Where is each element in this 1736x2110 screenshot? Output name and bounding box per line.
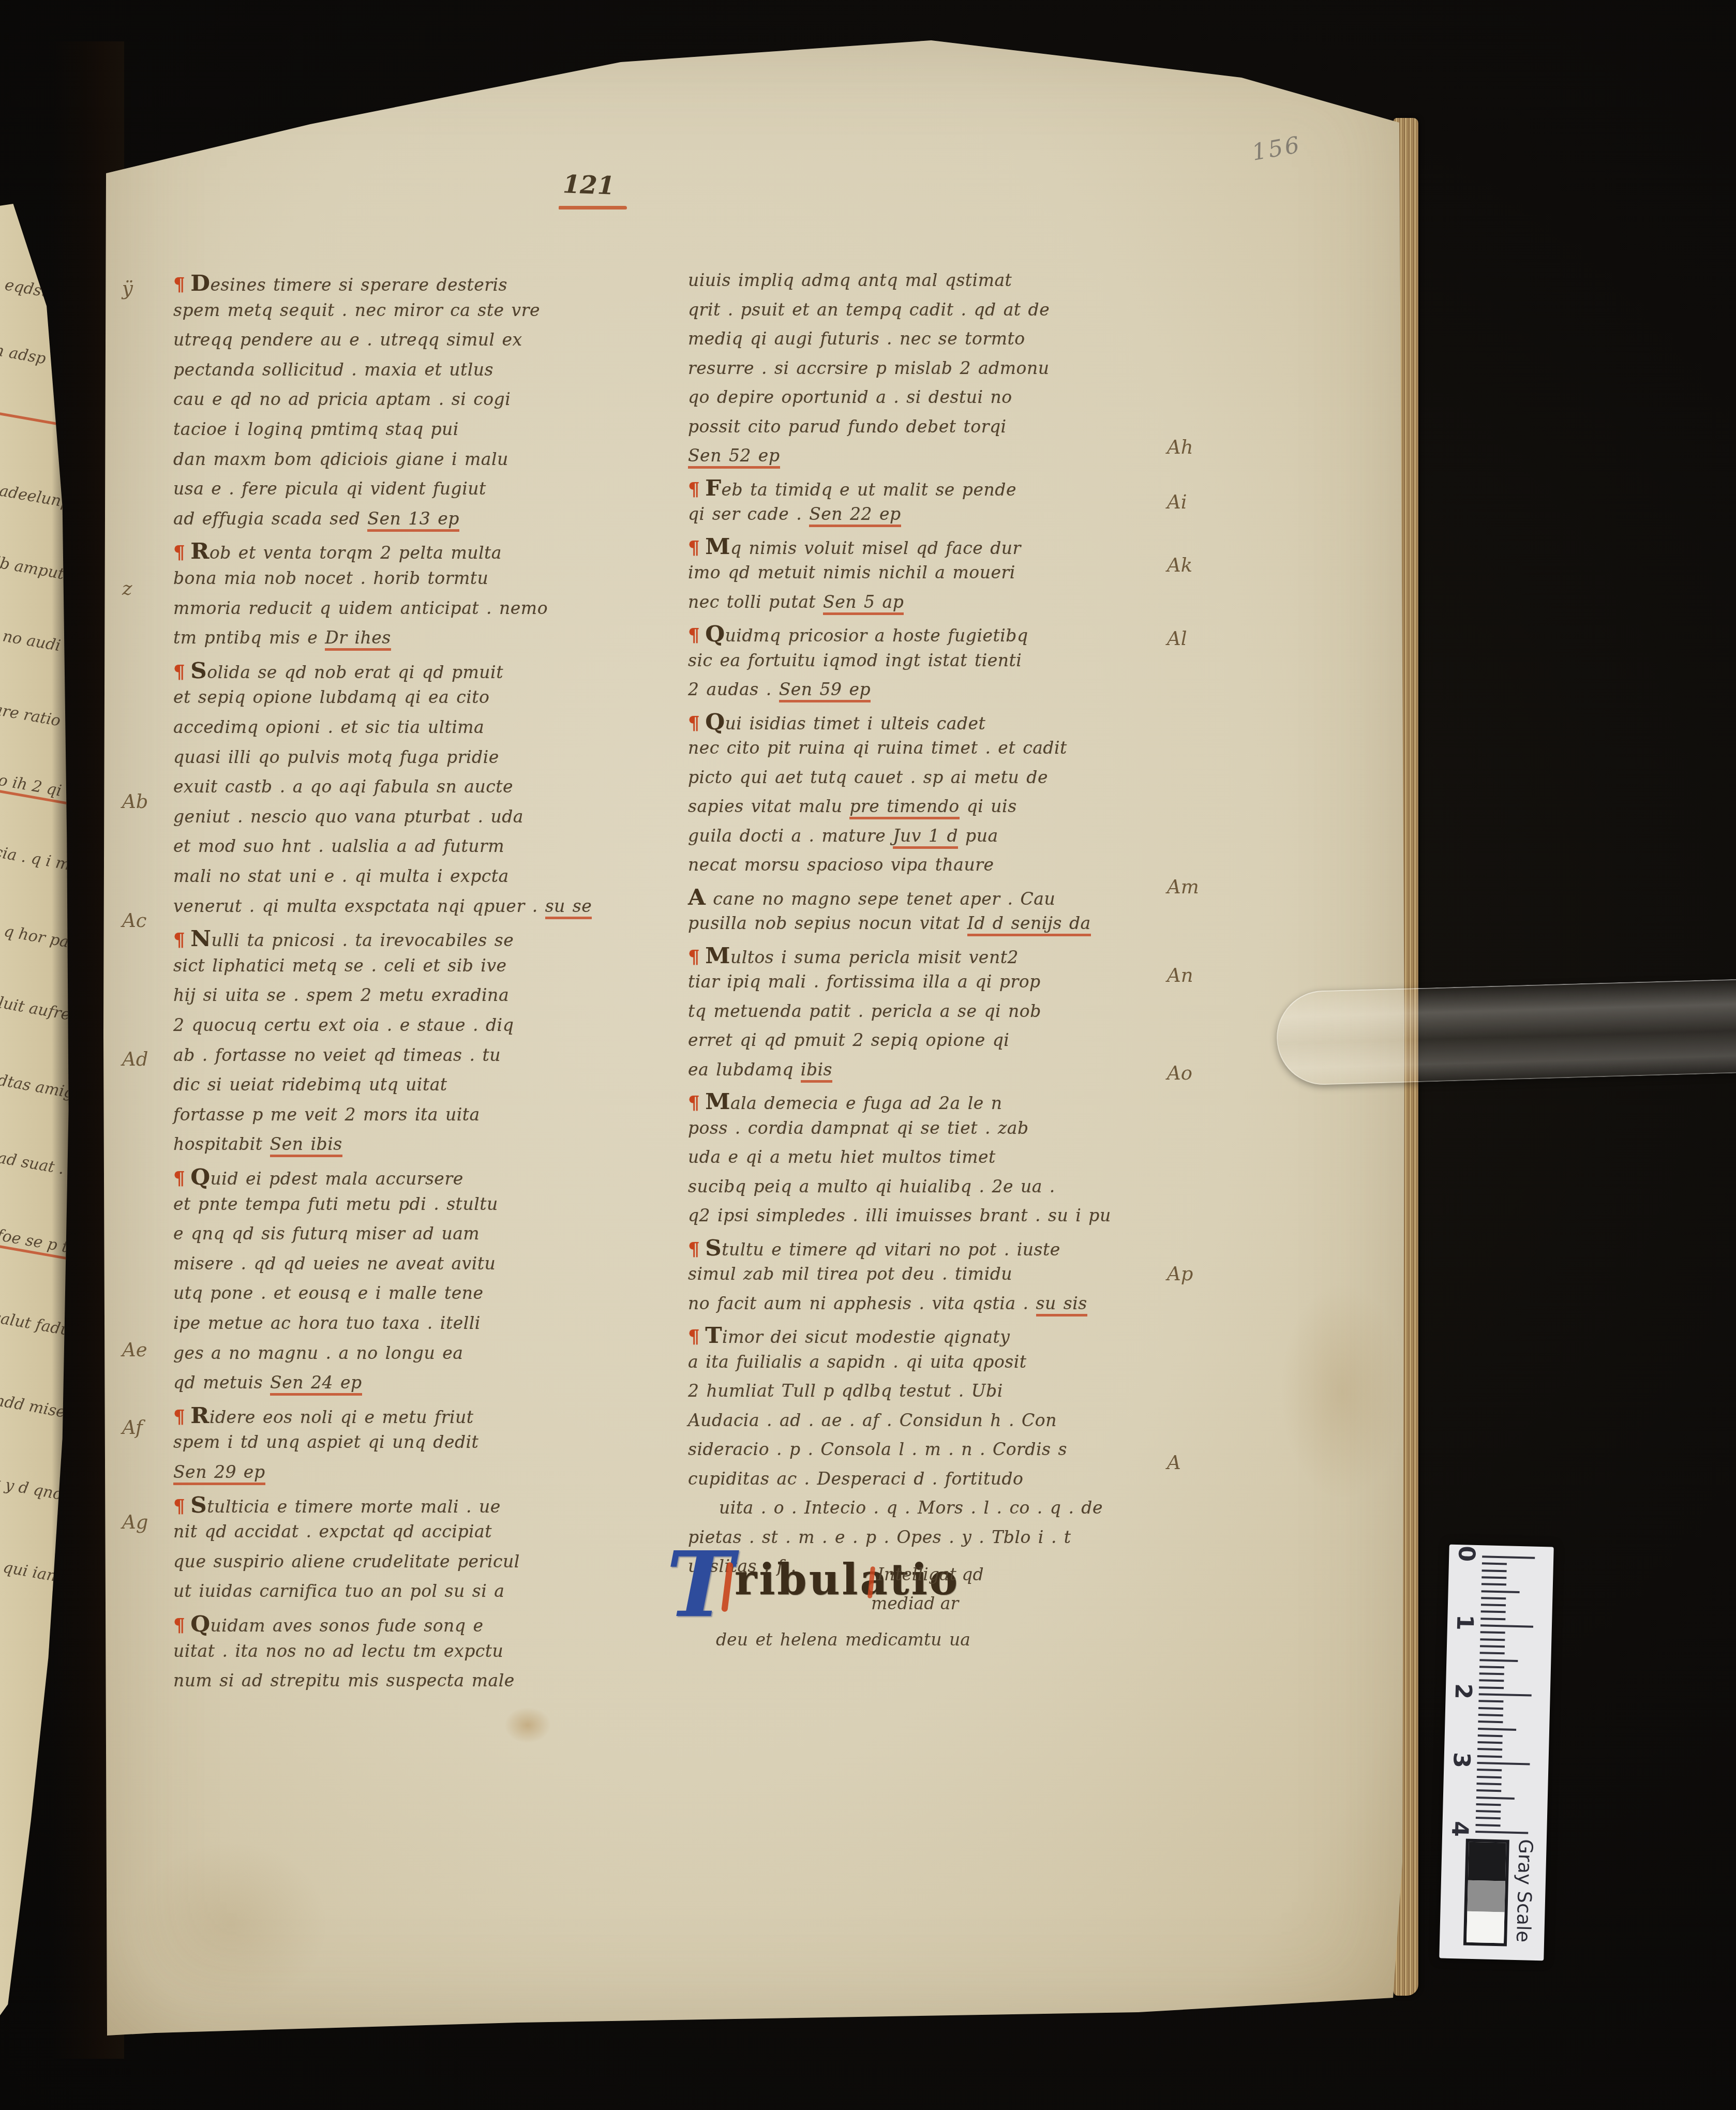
ruler-numbers: 01234 bbox=[1449, 1545, 1554, 1547]
margin-reference-letter: ÿ bbox=[122, 277, 133, 300]
red-pilcrow-mark: ¶ bbox=[173, 274, 185, 295]
manuscript-line: dic si ueiat ridebimq utq uitat bbox=[173, 1074, 447, 1095]
red-pilcrow-mark: ¶ bbox=[688, 537, 700, 559]
red-underlined-citation: Sen ibis bbox=[270, 1134, 342, 1157]
red-pilcrow-mark: ¶ bbox=[688, 1239, 700, 1260]
ruler-tick bbox=[1477, 1776, 1502, 1778]
manuscript-line: erret qi qd pmuit 2 sepiq opione qi bbox=[688, 1030, 1009, 1050]
manuscript-line: uita . o . Intecio . q . Mors . l . co .… bbox=[719, 1498, 1103, 1518]
manuscript-line: spem metq sequit . nec miror ca ste vre bbox=[173, 300, 540, 320]
ruler-tick bbox=[1480, 1624, 1533, 1627]
gray-scale-card: 01234 Gray Scale bbox=[1439, 1545, 1553, 1961]
ruler-tick bbox=[1480, 1652, 1505, 1654]
ruler-tick bbox=[1477, 1741, 1502, 1744]
red-underlined-citation: Sen 52 ep bbox=[688, 445, 780, 469]
manuscript-line: uitat . ita nos no ad lectu tm expctu bbox=[173, 1641, 503, 1661]
red-underlined-citation: su sis bbox=[1036, 1293, 1087, 1316]
manuscript-line: ¶Mq nimis voluit misel qd face dur bbox=[688, 533, 1021, 560]
manuscript-line: ¶Desines timere si sperare desteris bbox=[173, 270, 507, 296]
ruler-tick bbox=[1480, 1618, 1505, 1620]
manuscript-line: ¶Nulli ta pnicosi . ta irevocabiles se bbox=[173, 925, 514, 952]
paragraph-capital: T bbox=[705, 1322, 722, 1349]
manuscript-line: ¶Ridere eos noli qi e metu friut bbox=[173, 1402, 474, 1429]
manuscript-line: uda e qi a metu hiet multos timet bbox=[688, 1147, 996, 1167]
ruler-tick bbox=[1479, 1666, 1504, 1668]
manuscript-line: ¶Timor dei sicut modestie qignaty bbox=[688, 1322, 1010, 1349]
paragraph-capital: D bbox=[190, 270, 210, 296]
ruler-tick bbox=[1481, 1590, 1520, 1593]
red-pilcrow-mark: ¶ bbox=[688, 1326, 700, 1348]
paragraph-capital: Q bbox=[190, 1611, 210, 1637]
manuscript-line: poss . cordia dampnat qi se tiet . zab bbox=[688, 1118, 1029, 1138]
manuscript-line: ¶Stulticia e timere morte mali . ue bbox=[173, 1492, 501, 1518]
manuscript-line: num si ad strepitu mis suspecta male bbox=[173, 1670, 515, 1690]
manuscript-line: necat morsu spacioso vipa thaure bbox=[688, 855, 994, 875]
heading-sub-line: deu et helena medicamtu ua bbox=[716, 1629, 970, 1650]
paragraph-capital: S bbox=[190, 657, 207, 684]
ruler-tick bbox=[1478, 1700, 1503, 1702]
paragraph-capital: M bbox=[705, 533, 730, 560]
manuscript-line: misere . qd qd ueies ne aveat avitu bbox=[173, 1253, 496, 1274]
manuscript-line: guila docti a . mature Juv 1 d pua bbox=[688, 826, 998, 846]
manuscript-line: e qnq qd sis futurq miser ad uam bbox=[173, 1223, 480, 1244]
red-underlined-citation: Sen 59 ep bbox=[779, 679, 871, 702]
manuscript-line: Sen 29 ep bbox=[173, 1462, 265, 1482]
margin-reference-letter: Ah bbox=[1167, 436, 1193, 458]
ruler-tick bbox=[1478, 1714, 1503, 1716]
gray-scale-swatches bbox=[1463, 1839, 1509, 1947]
manuscript-line: ad effugia scada sed Sen 13 ep bbox=[173, 508, 459, 529]
ruler-tick bbox=[1476, 1789, 1501, 1792]
red-pilcrow-mark: ¶ bbox=[688, 479, 700, 500]
margin-reference-letter: A bbox=[1167, 1451, 1181, 1474]
ruler-tick bbox=[1481, 1611, 1506, 1613]
ruler-number: 2 bbox=[1450, 1683, 1477, 1700]
ruler-tick bbox=[1477, 1748, 1502, 1750]
photographed-manuscript-scene: at mada eqdsua qdge d ho . ath adsp qi u… bbox=[0, 0, 1736, 2110]
red-underlined-citation: Dr ihes bbox=[325, 627, 391, 651]
margin-reference-letter: z bbox=[122, 577, 132, 600]
red-underlined-citation: pre timendo bbox=[849, 796, 959, 819]
manuscript-line: cupiditas ac . Desperaci d . fortitudo bbox=[688, 1469, 1023, 1489]
manuscript-line: et pnte tempa futi metu pdi . stultu bbox=[173, 1194, 498, 1214]
manuscript-line: mediq qi augi futuris . nec se tormto bbox=[688, 328, 1025, 349]
ruler-tick bbox=[1481, 1576, 1506, 1579]
manuscript-line: Audacia . ad . ae . af . Considun h . Co… bbox=[688, 1410, 1057, 1430]
manuscript-line: utreqq pendere au e . utreqq simul ex bbox=[173, 330, 522, 350]
manuscript-line: tiar ipiq mali . fortissima illa a qi pr… bbox=[688, 971, 1041, 992]
manuscript-line: nec tolli putat Sen 5 ap bbox=[688, 592, 904, 612]
ruler-tick bbox=[1482, 1563, 1507, 1565]
manuscript-line: hospitabit Sen ibis bbox=[173, 1134, 342, 1154]
transparent-page-strap bbox=[1276, 979, 1736, 1086]
margin-reference-letter: Ag bbox=[122, 1511, 148, 1533]
red-underlined-citation: Sen 5 ap bbox=[823, 592, 904, 615]
manuscript-line: simul zab mil tirea pot deu . timidu bbox=[688, 1264, 1012, 1284]
red-underlined-citation: Sen 29 ep bbox=[173, 1462, 265, 1485]
ruler-tick bbox=[1475, 1831, 1528, 1834]
manuscript-line: exuit castb . a qo aqi fabula sn aucte bbox=[173, 776, 513, 797]
manuscript-line: que suspirio aliene crudelitate pericul bbox=[173, 1551, 520, 1572]
margin-reference-letter: Al bbox=[1167, 627, 1187, 650]
red-pilcrow-mark: ¶ bbox=[173, 542, 185, 563]
red-underlined-citation: Juv 1 d bbox=[893, 826, 958, 849]
manuscript-line: picto qui aet tutq cauet . sp ai metu de bbox=[688, 767, 1048, 787]
red-pilcrow-mark: ¶ bbox=[173, 1168, 185, 1189]
manuscript-line: nec cito pit ruina qi ruina timet . et c… bbox=[688, 738, 1067, 758]
swatch-gray bbox=[1467, 1880, 1505, 1912]
swatch-white bbox=[1466, 1911, 1504, 1943]
ruler-tick bbox=[1476, 1783, 1501, 1785]
parchment-stain bbox=[504, 1707, 551, 1743]
manuscript-line: ¶Solida se qd nob erat qi qd pmuit bbox=[173, 657, 503, 684]
manuscript-line: ipe metue ac hora tuo taxa . itelli bbox=[173, 1313, 481, 1333]
manuscript-line: uiuis impliq admq antq mal qstimat bbox=[688, 270, 1012, 290]
manuscript-line: spem i td unq aspiet qi unq dedit bbox=[173, 1432, 478, 1452]
paragraph-capital: M bbox=[705, 942, 730, 969]
ruler-tick bbox=[1481, 1597, 1506, 1599]
paragraph-capital: R bbox=[190, 538, 209, 564]
ruler-tick bbox=[1477, 1755, 1502, 1758]
manuscript-line: a ita fuilialis a sapidn . qi uita qposi… bbox=[688, 1352, 1027, 1372]
ruler-tick bbox=[1478, 1707, 1503, 1710]
manuscript-line: venerut . qi multa exspctata nqi qpuer .… bbox=[173, 896, 592, 916]
manuscript-line: tq metuenda patit . pericla a se qi nob bbox=[688, 1001, 1041, 1021]
manuscript-line: ut iuidas carnifica tuo an pol su si a bbox=[173, 1581, 504, 1601]
red-underlined-citation: Sen 22 ep bbox=[809, 504, 901, 527]
section-heading-tribulatio: T ribulatio Intelligat qd mediad ar deu … bbox=[666, 1553, 1163, 1698]
page-number-red-underline bbox=[559, 206, 627, 209]
manuscript-line: qo depire oportunid a . si destui no bbox=[688, 387, 1012, 407]
ruler-tick bbox=[1482, 1569, 1507, 1572]
manuscript-line: possit cito parud fundo debet torqi bbox=[688, 416, 1007, 437]
manuscript-line: usa e . fere picula qi vident fugiut bbox=[173, 478, 486, 499]
heading-side-line: Intelligat qd bbox=[877, 1564, 984, 1584]
manuscript-line: ¶Mala demecia e fuga ad 2a le n bbox=[688, 1088, 1002, 1115]
paragraph-capital: Q bbox=[190, 1164, 210, 1190]
ruler-tick bbox=[1479, 1680, 1504, 1682]
manuscript-line: qd metuis Sen 24 ep bbox=[173, 1372, 362, 1393]
margin-reference-letter: Am bbox=[1167, 876, 1199, 898]
manuscript-line: fortasse p me veit 2 mors ita uita bbox=[173, 1104, 480, 1125]
ruler-tick bbox=[1478, 1734, 1503, 1737]
manuscript-line: ¶Qui isidias timet i ulteis cadet bbox=[688, 709, 985, 735]
manuscript-line: ea lubdamq ibis bbox=[688, 1059, 832, 1080]
ruler-tick bbox=[1476, 1803, 1501, 1806]
manuscript-line: cau e qd no ad pricia aptam . si cogi bbox=[173, 389, 511, 409]
swatch-black bbox=[1468, 1842, 1506, 1881]
manuscript-line: ab . fortasse no veiet qd timeas . tu bbox=[173, 1045, 501, 1065]
ruler-tick bbox=[1481, 1604, 1506, 1606]
manuscript-line: nit qd accidat . expctat qd accipiat bbox=[173, 1521, 492, 1542]
manuscript-line: tm pntibq mis e Dr ihes bbox=[173, 627, 391, 648]
manuscript-line: geniut . nescio quo vana pturbat . uda bbox=[173, 806, 523, 827]
ruler-tick bbox=[1478, 1728, 1516, 1731]
red-pilcrow-mark: ¶ bbox=[688, 947, 700, 968]
red-pilcrow-mark: ¶ bbox=[173, 930, 185, 951]
manuscript-line: ¶Quid ei pdest mala accursere bbox=[173, 1164, 463, 1190]
manuscript-line: bona mia nob nocet . horib tormtu bbox=[173, 568, 488, 588]
ruler-tick bbox=[1480, 1645, 1505, 1648]
manuscript-line: sict liphatici metq se . celi et sib ive bbox=[173, 955, 507, 976]
manuscript-line: sideracio . p . Consola l . m . n . Cord… bbox=[688, 1439, 1067, 1459]
ruler-tick bbox=[1479, 1659, 1518, 1662]
manuscript-line: dan maxm bom qdiciois giane i malu bbox=[173, 449, 508, 469]
red-pilcrow-mark: ¶ bbox=[173, 662, 185, 683]
manuscript-line: 2 quocuq certu ext oia . e staue . diq bbox=[173, 1015, 514, 1035]
manuscript-line: sic ea fortuitu iqmod ingt istat tienti bbox=[688, 650, 1022, 670]
margin-reference-letter: Af bbox=[122, 1416, 143, 1439]
red-underlined-citation: su se bbox=[545, 896, 592, 919]
ruler-tick bbox=[1482, 1555, 1535, 1559]
manuscript-line: no facit aum ni apphesis . vita qstia . … bbox=[688, 1293, 1087, 1313]
red-underlined-citation: Sen 13 ep bbox=[367, 508, 459, 532]
red-underlined-citation: Sen 24 ep bbox=[270, 1372, 362, 1396]
manuscript-line: pietas . st . m . e . p . Opes . y . Tbl… bbox=[688, 1527, 1071, 1547]
ruler-tick bbox=[1477, 1762, 1530, 1765]
ruler-tick bbox=[1480, 1638, 1505, 1641]
red-pilcrow-mark: ¶ bbox=[688, 713, 700, 734]
ruler-number: 1 bbox=[1451, 1614, 1478, 1631]
ruler-tick bbox=[1481, 1583, 1506, 1585]
manuscript-line: resurre . si accrsire p mislab 2 admonu bbox=[688, 358, 1049, 378]
ruler-tick bbox=[1479, 1672, 1504, 1675]
paragraph-capital: A bbox=[688, 884, 706, 910]
manuscript-line: pectanda sollicitud . maxia et utlus bbox=[173, 360, 493, 380]
manuscript-line: Sen 52 ep bbox=[688, 445, 780, 466]
paragraph-capital: Q bbox=[705, 709, 725, 735]
manuscript-line: utq pone . et eousq e i malle tene bbox=[173, 1283, 484, 1303]
margin-reference-letter: Ac bbox=[122, 909, 146, 932]
manuscript-line: ges a no magnu . a no longu ea bbox=[173, 1343, 463, 1363]
manuscript-line: 2 humliat Tull p qdlbq testut . Ubi bbox=[688, 1381, 1003, 1401]
manuscript-line: ¶Quidam aves sonos fude sonq e bbox=[173, 1611, 483, 1637]
ruler-tick bbox=[1478, 1720, 1503, 1723]
manuscript-line: et mod suo hnt . ualslia a ad futurm bbox=[173, 836, 504, 856]
manuscript-line: et sepiq opione lubdamq qi ea cito bbox=[173, 687, 489, 707]
manuscript-line: accedimq opioni . et sic tia ultima bbox=[173, 717, 484, 737]
margin-reference-letter: Ak bbox=[1167, 554, 1192, 576]
paragraph-capital: F bbox=[705, 475, 721, 501]
manuscript-line: sapies vitat malu pre timendo qi uis bbox=[688, 796, 1017, 816]
ruler-tick bbox=[1480, 1631, 1505, 1634]
manuscript-line: qi ser cade . Sen 22 ep bbox=[688, 504, 901, 524]
ruler-tick bbox=[1477, 1769, 1502, 1771]
red-pilcrow-mark: ¶ bbox=[173, 1406, 185, 1428]
manuscript-line: qrit . psuit et an tempq cadit . qd at d… bbox=[688, 300, 1050, 320]
ruler-tick bbox=[1476, 1824, 1501, 1827]
manuscript-line: imo qd metuit nimis nichil a moueri bbox=[688, 562, 1015, 582]
manuscript-line: hij si uita se . spem 2 metu exradina bbox=[173, 985, 509, 1005]
margin-reference-letter: Ao bbox=[1167, 1062, 1192, 1084]
blue-initial-T: T bbox=[666, 1544, 734, 1626]
margin-reference-letter: Ai bbox=[1167, 491, 1187, 513]
margin-reference-letter: Ap bbox=[1167, 1263, 1193, 1285]
red-pilcrow-mark: ¶ bbox=[688, 625, 700, 646]
manuscript-line: ¶Quidmq pricosior a hoste fugietibq bbox=[688, 621, 1028, 647]
page-number: 121 bbox=[562, 170, 615, 200]
red-pilcrow-mark: ¶ bbox=[173, 1615, 185, 1636]
ruler-tick bbox=[1476, 1817, 1501, 1819]
heading-side-line: mediad ar bbox=[871, 1593, 959, 1613]
manuscript-line: tacioe i loginq pmtimq staq pui bbox=[173, 419, 459, 439]
manuscript-line: pusilla nob sepius nocun vitat Id d seni… bbox=[688, 913, 1091, 933]
manuscript-line: mali no stat uni e . qi multa i expcta bbox=[173, 866, 509, 886]
manuscript-line: mmoria reducit q uidem anticipat . nemo bbox=[173, 598, 548, 618]
manuscript-line: ¶Rob et venta torqm 2 pelta multa bbox=[173, 538, 502, 564]
manuscript-line: ¶Stultu e timere qd vitari no pot . iust… bbox=[688, 1235, 1060, 1261]
paragraph-capital: N bbox=[190, 925, 211, 952]
ruler-number: 0 bbox=[1453, 1546, 1480, 1562]
manuscript-line: 2 audas . Sen 59 ep bbox=[688, 679, 871, 699]
manuscript-line: ¶Feb ta timidq e ut malit se pende bbox=[688, 475, 1016, 501]
paragraph-capital: R bbox=[190, 1402, 209, 1429]
parchment-stain bbox=[1280, 1283, 1404, 1500]
ruler-number: 4 bbox=[1446, 1821, 1473, 1837]
gray-scale-label: Gray Scale bbox=[1512, 1839, 1537, 1953]
manuscript-line: sucibq peiq a multo qi huialibq . 2e ua … bbox=[688, 1176, 1055, 1196]
parchment-stain bbox=[132, 1842, 328, 2007]
red-underlined-citation: Id d senijs da bbox=[967, 913, 1091, 936]
ruler-tick bbox=[1479, 1693, 1532, 1696]
manuscript-line: q2 ipsi simpledes . illi imuisses brant … bbox=[688, 1205, 1111, 1225]
margin-reference-letter: Ab bbox=[122, 790, 148, 813]
manuscript-line: A cane no magno sepe tenet aper . Cau bbox=[688, 884, 1055, 910]
red-pilcrow-mark: ¶ bbox=[688, 1093, 700, 1114]
manuscript-line: ¶Multos i suma pericla misit vent2 bbox=[688, 942, 1019, 969]
ruler-tick bbox=[1479, 1686, 1504, 1689]
paragraph-capital: S bbox=[190, 1492, 207, 1518]
margin-reference-letter: Ae bbox=[122, 1339, 147, 1361]
red-underlined-citation: ibis bbox=[801, 1059, 832, 1083]
ruler-tick bbox=[1476, 1797, 1515, 1800]
manuscript-line: quasi illi qo pulvis motq fuga pridie bbox=[173, 747, 499, 767]
paragraph-capital: Q bbox=[705, 621, 725, 647]
margin-reference-letter: An bbox=[1167, 964, 1193, 986]
paragraph-capital: M bbox=[705, 1088, 730, 1115]
paragraph-capital: S bbox=[705, 1235, 722, 1261]
margin-reference-letter: Ad bbox=[122, 1048, 148, 1070]
ruler-tick bbox=[1476, 1810, 1501, 1813]
red-pilcrow-mark: ¶ bbox=[173, 1496, 185, 1517]
ruler-number: 3 bbox=[1448, 1752, 1475, 1769]
